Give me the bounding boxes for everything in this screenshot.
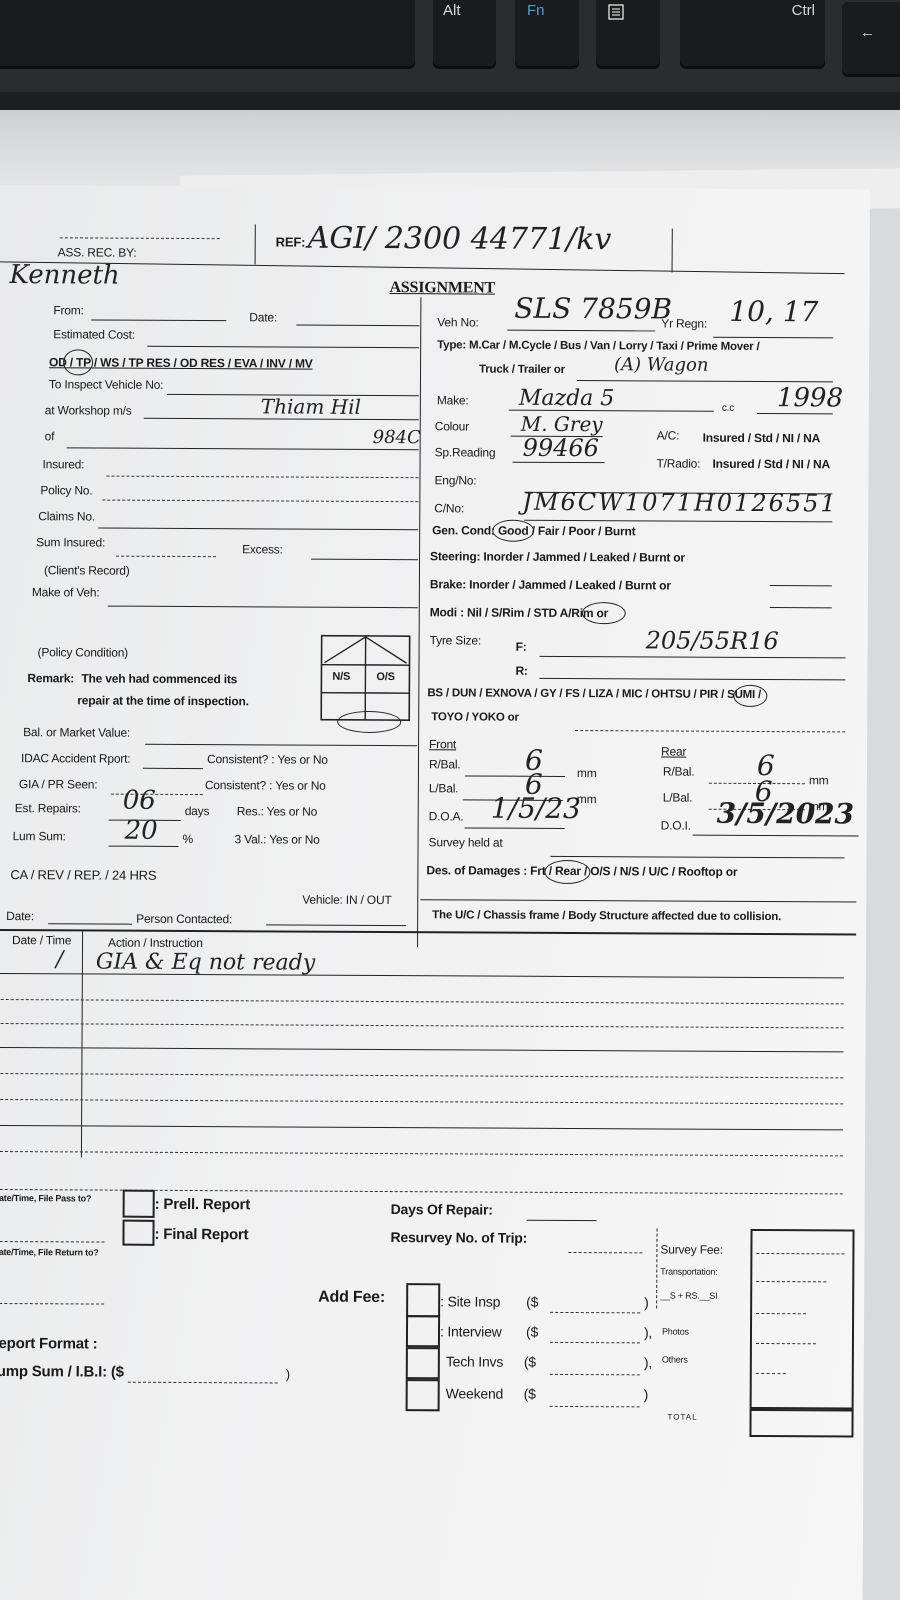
ac-options[interactable]: Insured / Std / NI / NA <box>703 431 820 446</box>
estimated-cost-field[interactable] <box>147 346 419 348</box>
doa-field[interactable] <box>465 827 565 829</box>
gia-consistent-options[interactable]: Consistent? : Yes or No <box>205 778 326 793</box>
tyre-brand-options[interactable]: BS / DUN / EXNOVA / GY / FS / LIZA / MIC… <box>427 687 761 701</box>
arrow-left-icon: ← <box>860 24 875 41</box>
final-report-checkbox[interactable] <box>122 1220 154 1246</box>
market-value-field[interactable] <box>145 744 417 746</box>
date-field[interactable] <box>296 325 419 327</box>
resurvey-trips-field[interactable] <box>568 1252 642 1253</box>
prelim-report-checkbox[interactable] <box>123 1190 155 1218</box>
insured-field[interactable] <box>106 476 418 479</box>
tyre-rear-field[interactable] <box>539 678 845 681</box>
excess-field[interactable] <box>311 559 418 561</box>
vehicle-type-options[interactable]: Type: M.Car / M.Cycle / Bus / Van / Lorr… <box>437 339 759 353</box>
res-options[interactable]: Res.: Yes or No <box>237 804 317 818</box>
ass-rec-by-label: ASS. REC. BY: <box>58 245 137 259</box>
idac-field[interactable] <box>143 768 203 769</box>
fee-breakdown-box[interactable] <box>750 1229 855 1410</box>
total-fee-box[interactable] <box>749 1409 853 1438</box>
damage-other-field[interactable] <box>420 899 856 902</box>
key-alt: Alt <box>433 0 496 66</box>
key-left-arrow: ← <box>842 2 900 74</box>
from-field[interactable] <box>91 319 226 321</box>
ref-value[interactable]: AGI/ 2300 44771/kv <box>308 221 612 258</box>
contact-date-field[interactable] <box>48 923 132 924</box>
key-menu <box>596 0 660 66</box>
doi-field[interactable] <box>693 835 859 837</box>
key-space <box>0 0 415 66</box>
survey-held-field[interactable] <box>550 856 844 859</box>
tradio-options[interactable]: Insured / Std / NI / NA <box>713 457 830 472</box>
vehicle-in-out-options[interactable]: Vehicle: IN / OUT <box>302 893 391 907</box>
vehicle-side-diagram[interactable]: N/S O/S <box>320 635 410 721</box>
make-of-veh-field[interactable] <box>108 606 418 609</box>
tyre-brand-other-field[interactable] <box>575 730 845 732</box>
lump-sum-field[interactable] <box>128 1382 278 1384</box>
ass-rec-by-value[interactable]: Kenneth <box>9 260 119 291</box>
key-fn: Fn <box>515 0 579 66</box>
menu-key-icon <box>608 4 624 24</box>
chassis-no-field[interactable] <box>524 520 832 523</box>
veh-no-field[interactable] <box>507 330 655 332</box>
idac-consistent-options[interactable]: Consistent? : Yes or No <box>207 752 328 767</box>
sp-reading-field[interactable] <box>513 462 605 463</box>
brake-other-field[interactable] <box>770 585 832 586</box>
yr-regn-field[interactable] <box>713 337 833 339</box>
modi-other-field[interactable] <box>770 607 832 608</box>
interview-fee-field[interactable] <box>550 1342 640 1343</box>
remark-label: Remark: <box>27 671 74 685</box>
sum-insured-field[interactable] <box>116 556 216 558</box>
person-contacted-field[interactable] <box>266 924 406 926</box>
claim-type-selected-circle <box>63 349 93 375</box>
tyre-front-field[interactable] <box>540 656 846 659</box>
tech-invs-fee-field[interactable] <box>550 1374 640 1375</box>
site-insp-checkbox[interactable] <box>406 1283 440 1317</box>
cc-field[interactable] <box>757 413 833 414</box>
weekend-checkbox[interactable] <box>406 1379 440 1411</box>
page-title: ASSIGNMENT <box>389 279 495 298</box>
steering-options[interactable]: Steering: Inorder / Jammed / Leaked / Bu… <box>430 549 685 564</box>
ref-label: REF: <box>276 234 306 249</box>
chassis-statement: The U/C / Chassis frame / Body Structure… <box>432 909 781 923</box>
key-ctrl: Ctrl <box>680 0 825 66</box>
vehicle-type-field[interactable] <box>577 380 833 382</box>
weekend-fee-field[interactable] <box>550 1406 640 1407</box>
tech-invs-checkbox[interactable] <box>406 1347 440 1379</box>
of-field[interactable] <box>67 447 419 450</box>
brake-options[interactable]: Brake: Inorder / Jammed / Leaked / Burnt… <box>430 577 671 592</box>
days-of-repair-field[interactable] <box>527 1220 597 1221</box>
rear-damage-circle <box>337 711 401 733</box>
lum-sum-field[interactable] <box>109 846 179 847</box>
veh-no-value: SLS 7859B <box>514 292 672 326</box>
keyboard: Alt Fn Ctrl ← <box>0 0 900 110</box>
interview-checkbox[interactable] <box>406 1315 440 1347</box>
three-val-options[interactable]: 3 Val.: Yes or No <box>235 832 320 846</box>
claims-no-field[interactable] <box>98 528 418 531</box>
report-type-options[interactable]: CA / REV / REP. / 24 HRS <box>10 867 156 883</box>
policy-no-field[interactable] <box>102 500 418 503</box>
site-insp-fee-field[interactable] <box>550 1312 640 1313</box>
front-rbal-field[interactable] <box>465 775 565 777</box>
assignment-form: ASS. REC. BY: REF: AGI/ 2300 44771/kv Ke… <box>0 185 870 1600</box>
